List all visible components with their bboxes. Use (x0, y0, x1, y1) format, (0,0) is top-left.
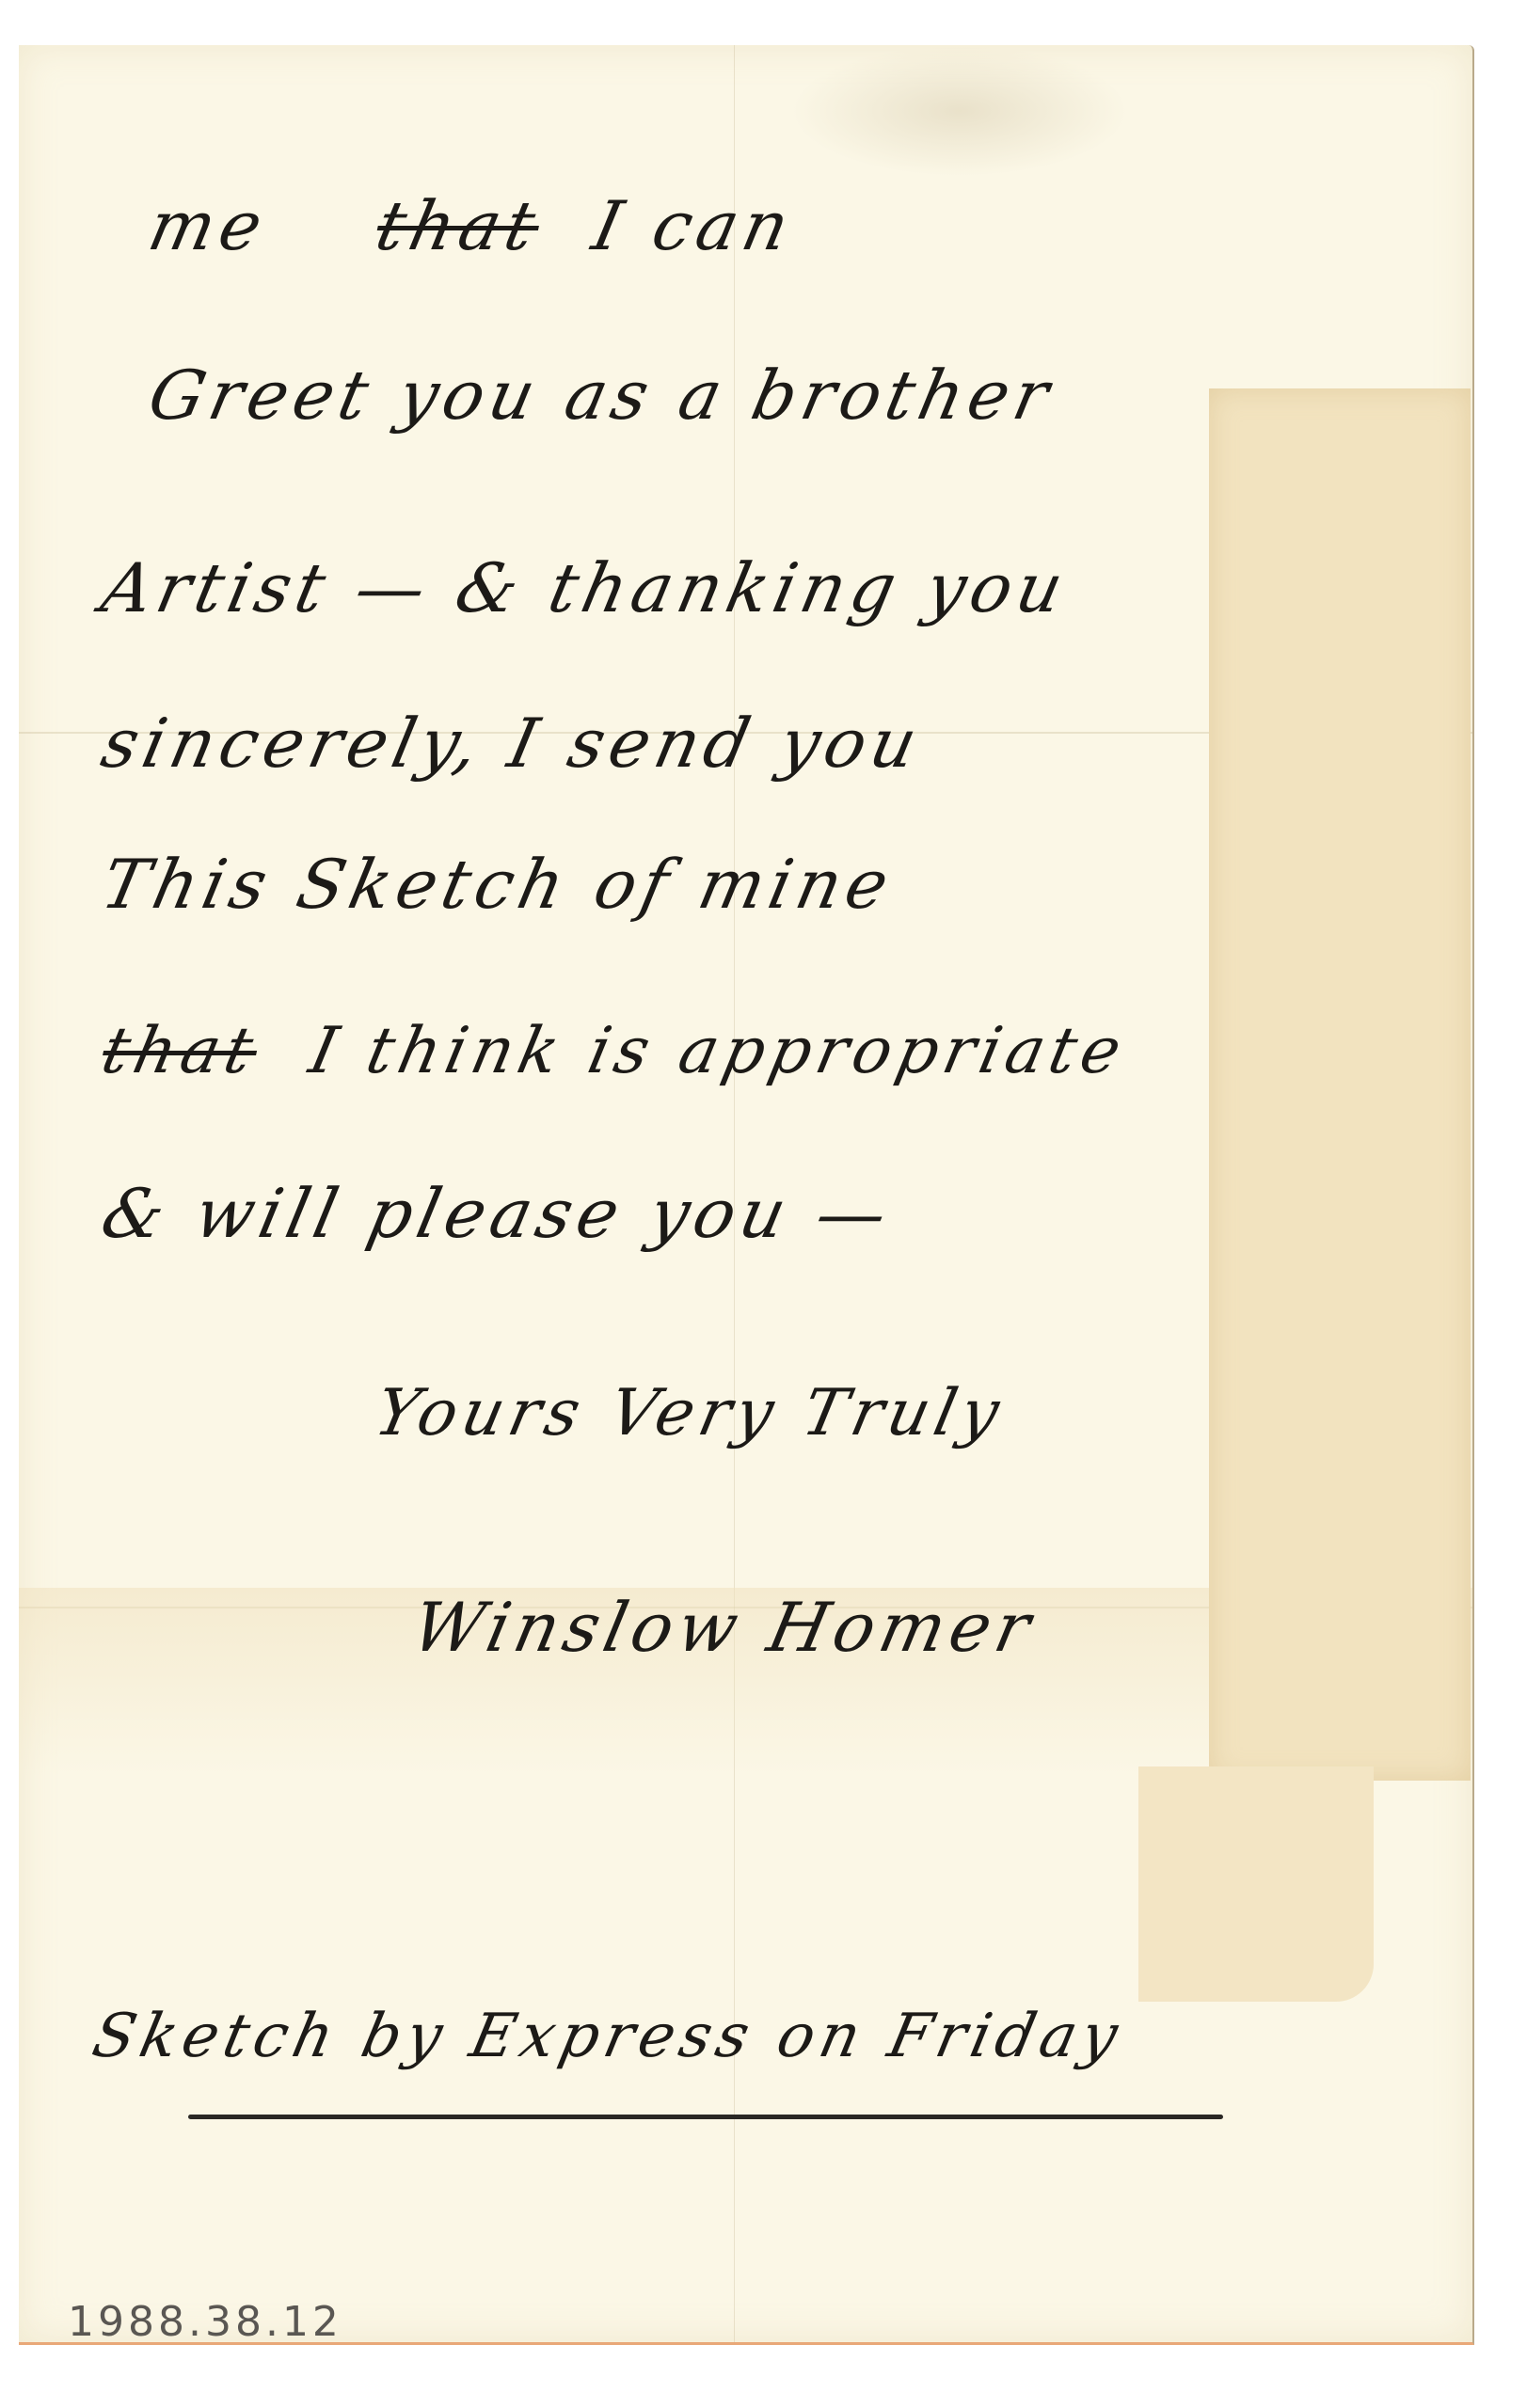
letter-line-6-text: I think is appropriate (303, 1014, 1133, 1088)
closing: Yours Very Truly (369, 1376, 1011, 1450)
accession-number: 1988.38.12 (68, 2298, 342, 2345)
postscript: Sketch by Express on Friday (87, 2002, 1129, 2071)
struck-word: that (96, 1014, 265, 1088)
letter-line-1-text: me (142, 186, 275, 265)
letter-line-4: sincerely, I send you (95, 704, 930, 783)
letter-line-6: that I think is appropriate (96, 1014, 1134, 1088)
letter-line-7: & will please you — (95, 1174, 899, 1253)
letter-line-5: This Sketch of mine (95, 845, 900, 924)
paper-stain (790, 45, 1129, 177)
letter-page: me that I can Greet you as a brother Art… (19, 45, 1474, 2345)
letter-line-3: Artist — & thanking you (95, 548, 1075, 627)
tape-strip (1209, 388, 1471, 1781)
postscript-underline (188, 2115, 1223, 2119)
signature: Winslow Homer (406, 1588, 1042, 1667)
letter-line-2: Greet you as a brother (142, 356, 1061, 435)
tape-strip-lower (1138, 1766, 1374, 2002)
letter-line-1: me that I can (142, 186, 802, 265)
letter-line-1-after: I can (586, 186, 802, 265)
struck-word: that (370, 186, 548, 265)
